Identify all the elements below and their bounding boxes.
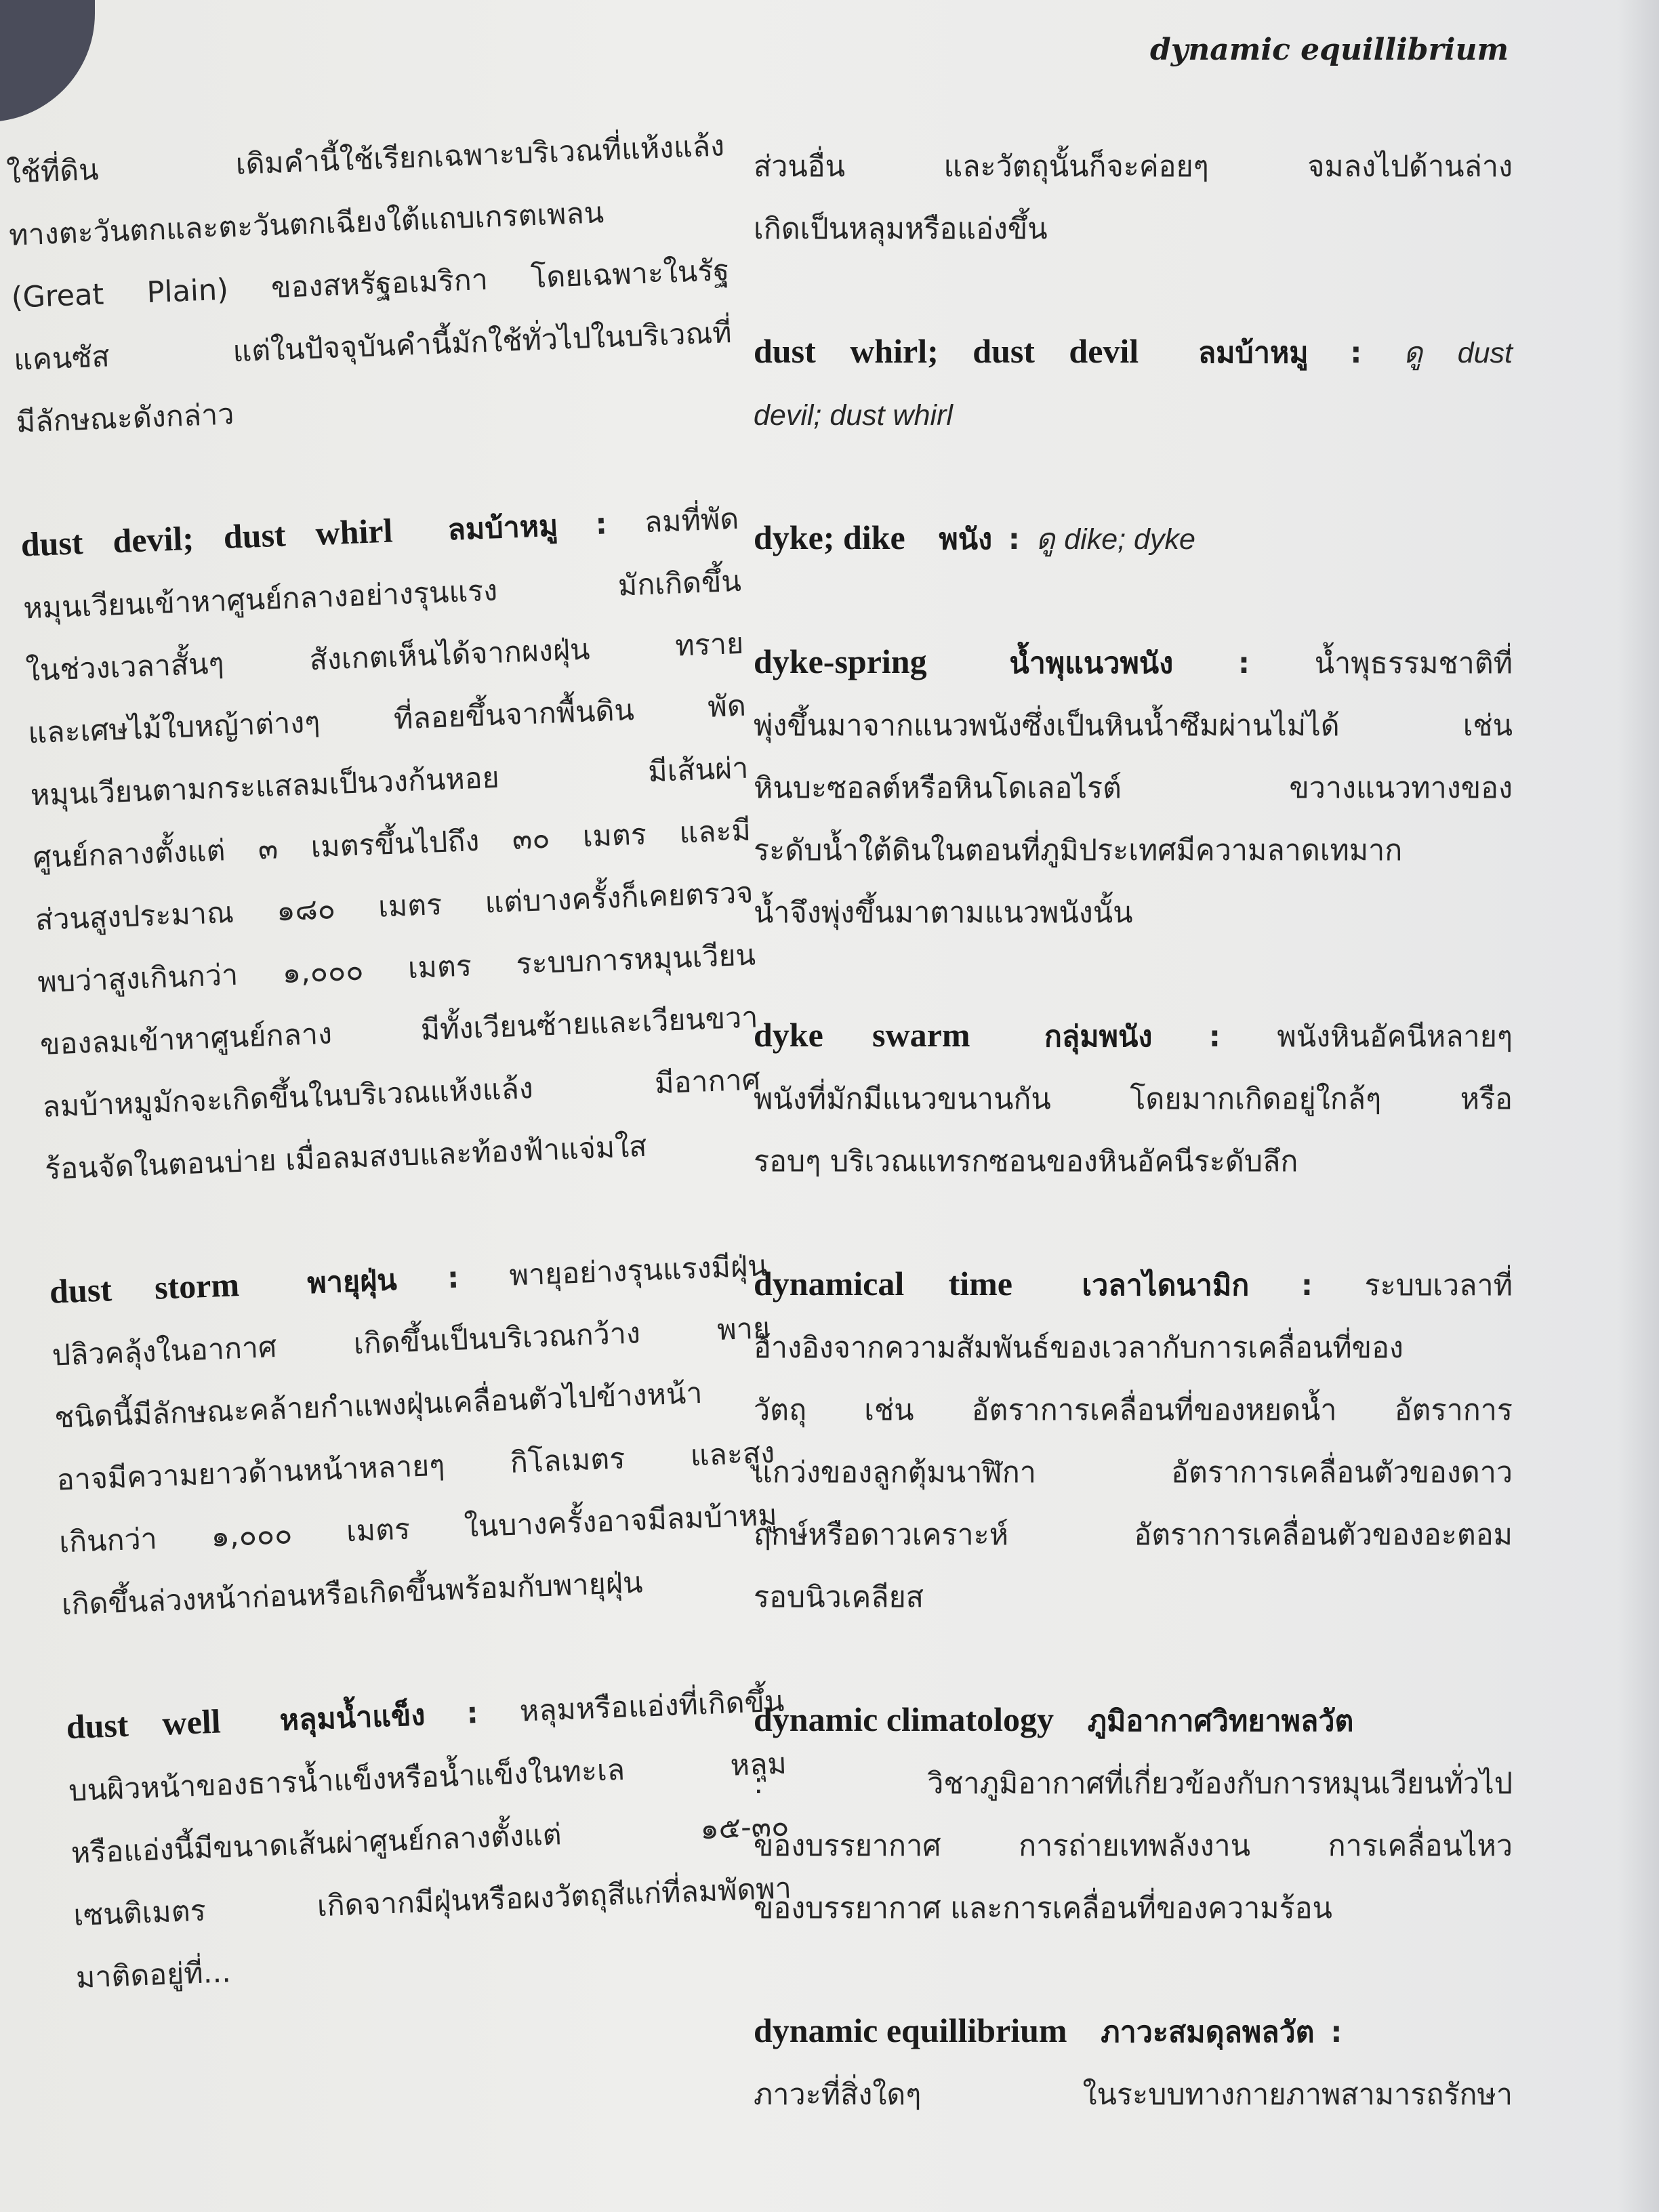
cross-reference: dust [1458, 337, 1513, 369]
colon: : [1209, 1020, 1221, 1054]
dictionary-entry: dust storm พายุฝุ่น : พายุอย่างรุนแรงมีฝ… [48, 1233, 781, 1636]
colon: : [466, 1696, 479, 1731]
definition-start: พายุอย่างรุนแรงมีฝุ่น [509, 1249, 769, 1293]
dictionary-entry: dust devil; dust whirl ลมบ้าหมู : ลมที่พ… [20, 486, 764, 1201]
see-label: ดู [1036, 523, 1055, 556]
dictionary-entry: dyke; dike พนัง : ดู dike; dyke [754, 506, 1513, 571]
dictionary-entry: dust whirl; dust devil ลมบ้าหมู : ดู dus… [754, 320, 1513, 447]
dictionary-entry: dyke swarm กลุ่มพนัง : พนังหินอัคนีหลายๆ… [754, 1004, 1513, 1193]
dictionary-entry: dynamical time เวลาไดนามิก : ระบบเวลาที่… [754, 1252, 1513, 1629]
definition-start: พนังหินอัคนีหลายๆ [1277, 1020, 1513, 1054]
definition-start: ระบบเวลาที่ [1365, 1269, 1513, 1303]
continuation-text: ส่วนอื่น และวัตถุนั้นก็จะค่อยๆ จมลงไปด้า… [754, 136, 1513, 260]
page-edge [1618, 0, 1659, 2212]
entry-thai-term: กลุ่มพนัง [1044, 1020, 1152, 1054]
entry-term: dyke swarm [754, 1016, 970, 1054]
text-line: ฤกษ์หรือดาวเคราะห์ อัตราการเคลื่อนตัวของ… [754, 1504, 1513, 1566]
right-column: ส่วนอื่น และวัตถุนั้นก็จะค่อยๆ จมลงไปด้า… [754, 136, 1513, 2186]
text-line: วัตถุ เช่น อัตราการเคลื่อนที่ของหยดน้ำ อ… [754, 1379, 1513, 1441]
text-line: ของบรรยากาศ การถ่ายเทพลังงาน การเคลื่อนไ… [754, 1815, 1513, 1877]
entry-term: dynamical time [754, 1265, 1012, 1303]
entry-thai-term: พนัง [939, 523, 992, 556]
definition-start: หลุมหรือแอ่งที่เกิดขึ้น [519, 1685, 785, 1729]
dictionary-entry: dynamic equillibrium ภาวะสมดุลพลวัต : ภา… [754, 1999, 1513, 2126]
entry-term: dust devil; dust whirl [20, 512, 394, 564]
text-line: เกิดเป็นหลุมหรือแอ่งขึ้น [754, 198, 1513, 260]
entry-term: dyke; dike [754, 518, 905, 556]
dictionary-entry: dyke-spring น้ำพุแนวพนัง : น้ำพุธรรมชาติ… [754, 630, 1513, 944]
entry-thai-term: พายุฝุ่น [306, 1263, 397, 1300]
left-column: ใช้ที่ดิน เดิมคำนี้ใช้เรียกเฉพาะบริเวณที… [5, 115, 797, 2069]
colon: : [1350, 336, 1361, 370]
colon: : [595, 507, 608, 541]
entry-thai-term: ภูมิอากาศวิทยาพลวัต [1088, 1704, 1354, 1738]
text-line: พนังที่มักมีแนวขนานกัน โดยมากเกิดอยู่ใกล… [754, 1068, 1513, 1130]
text-line: พุ่งขึ้นมาจากแนวพนังซึ่งเป็นหินน้ำซึมผ่า… [754, 695, 1513, 757]
entry-term: dyke-spring [754, 642, 927, 680]
entry-term: dust whirl; dust devil [754, 332, 1139, 370]
see-label: ดู [1404, 337, 1422, 369]
text-line: ส่วนอื่น และวัตถุนั้นก็จะค่อยๆ จมลงไปด้า… [754, 136, 1513, 198]
colon: : [447, 1261, 459, 1296]
text-line: ของบรรยากาศ และการเคลื่อนที่ของความร้อน [754, 1877, 1513, 1940]
book-page: dynamic equillibrium ใช้ที่ดิน เดิมคำนี้… [0, 0, 1659, 2212]
text-line: : วิชาภูมิอากาศที่เกี่ยวข้องกับการหมุนเว… [754, 1753, 1513, 1815]
colon: : [1238, 647, 1250, 680]
colon: : [1301, 1269, 1313, 1303]
dictionary-entry: dynamic climatology ภูมิอากาศวิทยาพลวัต … [754, 1688, 1513, 1940]
entry-thai-term: ลมบ้าหมู [447, 509, 559, 547]
entry-term: dust storm [49, 1265, 240, 1311]
definition-start: น้ำพุธรรมชาติที่ [1315, 647, 1513, 680]
entry-term: dynamic equillibrium [754, 2011, 1067, 2049]
colon: : [1008, 523, 1020, 556]
text-line: รอบนิวเคลียส [754, 1566, 1513, 1629]
entry-term: dust well [66, 1702, 222, 1746]
cross-reference: devil; dust whirl [754, 384, 1513, 447]
dictionary-entry: dust well หลุมน้ำแข็ง : หลุมหรือแอ่งที่เ… [65, 1668, 795, 2009]
entry-thai-term: น้ำพุแนวพนัง [1009, 647, 1173, 680]
text-line: ภาวะที่สิ่งใดๆ ในระบบทางกายภาพสามารถรักษ… [754, 2064, 1513, 2126]
running-head: dynamic equillibrium [1150, 33, 1509, 67]
continuation-text: ใช้ที่ดิน เดิมคำนี้ใช้เรียกเฉพาะบริเวณที… [5, 115, 735, 453]
text-line: รอบๆ บริเวณแทรกซอนของหินอัคนีระดับลึก [754, 1130, 1513, 1193]
definition-start: ลมที่พัด [644, 502, 739, 539]
text-line: แกว่งของลูกตุ้มนาฬิกา อัตราการเคลื่อนตัว… [754, 1441, 1513, 1504]
text-line: ระดับน้ำใต้ดินในตอนที่ภูมิประเทศมีความลา… [754, 819, 1513, 882]
page-corner-shadow [0, 0, 95, 122]
colon: : [1330, 2015, 1342, 2049]
entry-term: dynamic climatology [754, 1700, 1054, 1738]
entry-thai-term: ลมบ้าหมู [1198, 336, 1309, 370]
text-line: น้ำจึงพุ่งขึ้นมาตามแนวพนังนั้น [754, 882, 1513, 944]
entry-thai-term: เวลาไดนามิก [1082, 1269, 1249, 1303]
text-line: อ้างอิงจากความสัมพันธ์ของเวลากับการเคลื่… [754, 1317, 1513, 1379]
entry-thai-term: ภาวะสมดุลพลวัต [1101, 2015, 1314, 2049]
text-line: หินบะซอลต์หรือหินโดเลอไรต์ ขวางแนวทางของ [754, 757, 1513, 819]
cross-reference: dike; dyke [1064, 523, 1195, 556]
entry-thai-term: หลุมน้ำแข็ง [279, 1698, 426, 1738]
